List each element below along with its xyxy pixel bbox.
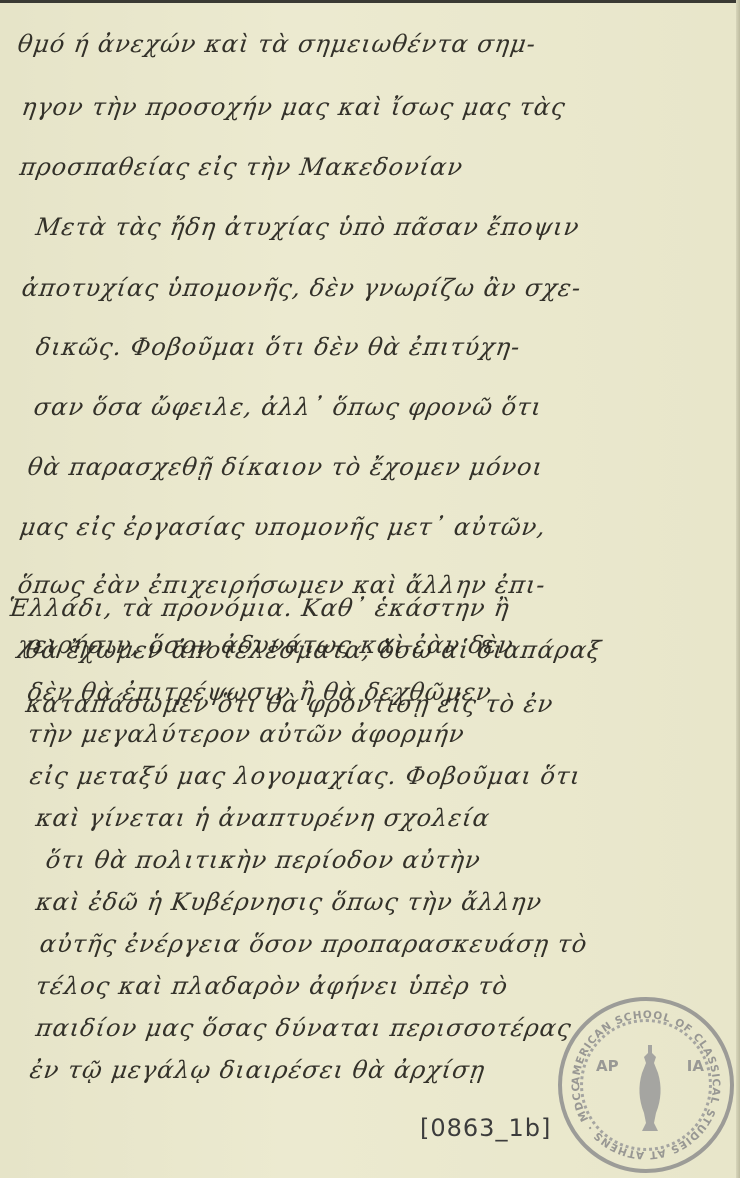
- page-right-edge: [736, 0, 740, 1178]
- handwritten-line: καὶ ἐδῶ ἡ Κυβέρνησις ὅπως τὴν ἄλλην: [34, 888, 544, 916]
- handwritten-line: καὶ γίνεται ἡ ἀναπτυρένη σχολεία: [34, 804, 492, 832]
- handwritten-line: ηγον τὴν προσοχήν μας καὶ ἴσως μας τὰς: [20, 93, 568, 121]
- handwritten-line: Μετὰ τὰς ἤδη ἀτυχίας ὑπὸ πᾶσαν ἔποψιν: [34, 213, 581, 241]
- handwritten-line: θὰ παρασχεθῇ δίκαιον τὸ ἔχομεν μόνοι: [26, 453, 545, 481]
- archive-reference-label: [0863_1b]: [420, 1114, 551, 1142]
- stamp-letters-left: ΑΡ: [596, 1057, 619, 1075]
- handwritten-line: θμό ή ἀνεχών καὶ τὰ σημειωθέντα σημ-: [16, 30, 538, 58]
- handwritten-line: τέλος καὶ πλαδαρὸν ἀφήνει ὑπὲρ τὸ: [34, 972, 510, 1000]
- handwritten-line: εἰς μεταξύ μας λογομαχίας. Φοβοῦμαι ὅτι: [28, 762, 583, 790]
- handwritten-line: σαν ὅσα ὤφειλε, ἀλλ᾽ ὅπως φρονῶ ὅτι: [32, 393, 544, 421]
- handwritten-line: αὐτῆς ἐνέργεια ὅσον προπαρασκευάσῃ τὸ: [38, 930, 589, 958]
- manuscript-page: θμό ή ἀνεχών καὶ τὰ σημειωθέντα σημ-ηγον…: [0, 0, 740, 1178]
- page-top-edge: [0, 0, 740, 3]
- handwritten-line: προσπαθείας εἰς τὴν Μακεδονίαν: [18, 153, 465, 181]
- library-stamp: AMERICAN SCHOOL OF CLASSICAL STUDIES AT …: [558, 997, 734, 1173]
- handwritten-line: θὰ ἔχωμεν ἀποτελέσματα, ὅσω αἱ διαπάραξ: [24, 636, 603, 664]
- handwritten-line: παιδίον μας ὅσας δύναται περισσοτέρας: [34, 1014, 573, 1042]
- handwritten-line: ἐν τῷ μεγάλῳ διαιρέσει θὰ ἀρχίσῃ: [28, 1056, 487, 1084]
- handwritten-line: ἀποτυχίας ὑπομονῆς, δὲν γνωρίζω ἂν σχε-: [20, 274, 583, 302]
- handwritten-line: δὲν θὰ ἐπιτρέψωσιν ἢ θὰ δεχθῶμεν: [26, 678, 494, 706]
- handwritten-line: μας εἰς ἐργασίας υπομονῆς μετ᾽ αὐτῶν,: [18, 513, 548, 541]
- handwritten-line: δικῶς. Φοβοῦμαι ὅτι δὲν θὰ ἐπιτύχη-: [34, 333, 522, 361]
- stamp-greek-letters: ΑΡ ΙΑ: [596, 1057, 704, 1075]
- handwritten-line: τὴν μεγαλύτερον αὐτῶν ἀφορμήν: [26, 720, 467, 748]
- handwritten-line: ὅτι θὰ πολιτικὴν περίοδον αὐτὴν: [44, 846, 483, 874]
- handwritten-line: Ἑλλάδι, τὰ προνόμια. Καθ᾽ ἑκάστην ἢ: [6, 594, 512, 622]
- stamp-letters-right: ΙΑ: [687, 1057, 704, 1075]
